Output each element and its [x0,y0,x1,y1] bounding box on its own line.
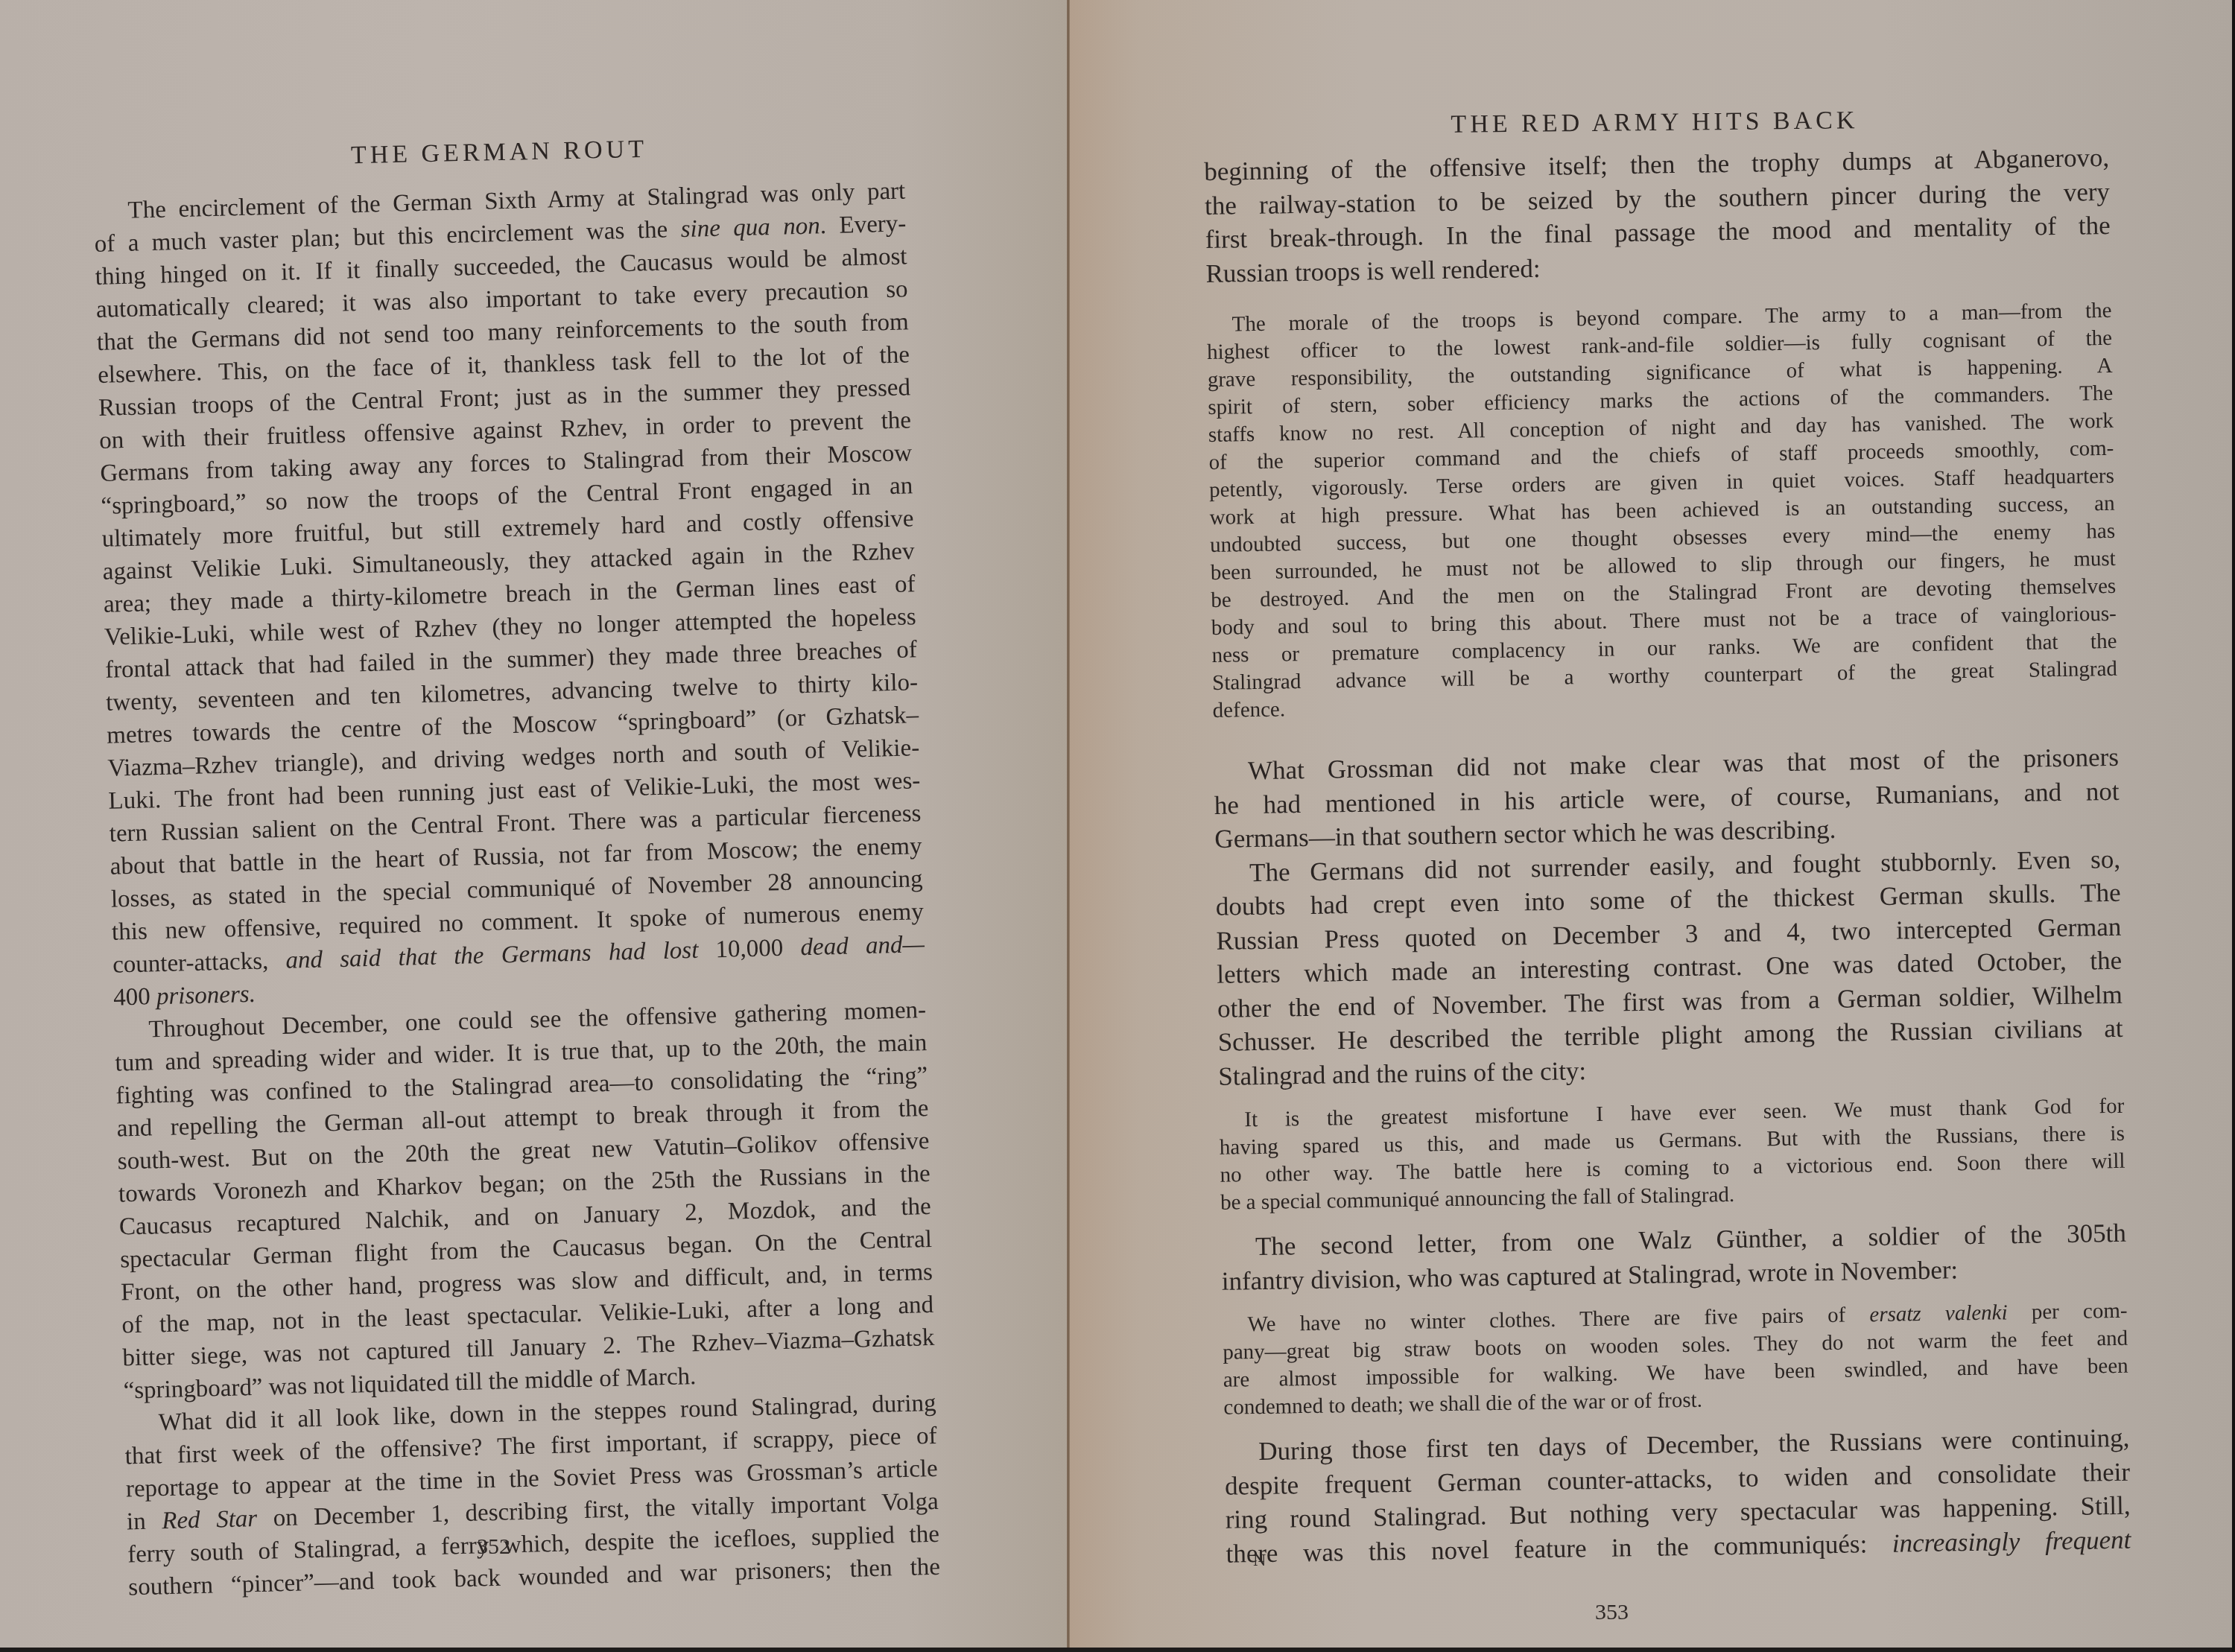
page-number-left: 352 [477,1534,510,1560]
block-quote-gunther-letter: We have no winter clothes. There are fiv… [1222,1297,2128,1422]
roman-text: defence. [1212,697,1285,722]
italic-text: ersatz valenki [1869,1300,2008,1327]
page-number-right: 353 [1595,1600,1629,1625]
italic-text: dead and— [800,931,925,961]
intro-paragraph: beginning of the offensive itself; then … [1204,141,2111,290]
italic-text: Red Star [162,1505,258,1534]
roman-text: Russian troops is well rendered: [1205,253,1541,287]
photo-edge-right [2232,0,2235,1652]
italic-text: prisoners. [156,981,256,1010]
roman-text: condemned to death; we shall die of the … [1223,1388,1702,1420]
paragraph-first-ten-days: During those first ten days of December,… [1224,1421,2131,1571]
running-head-left: THE GERMAN ROUT [93,130,906,176]
block-quote-schusser-letter: It is the greatest misfortune I have eve… [1219,1093,2125,1217]
roman-text: Stalingrad and the ruins of the city: [1218,1056,1586,1091]
photo-edge-bottom [0,1648,2235,1652]
paragraph-grossman-prisoners: What Grossman did not make clear was tha… [1214,740,2124,1093]
right-page: THE RED ARMY HITS BACK beginning of the … [1070,0,2232,1648]
roman-text: be a special communiqué announcing the f… [1220,1183,1735,1215]
right-page-body: beginning of the offensive itself; then … [1204,141,2131,1571]
block-quote-grossman: The morale of the troops is beyond compa… [1206,297,2118,725]
roman-text: 10,000 [698,934,801,963]
roman-text: in [127,1508,162,1535]
left-page: THE GERMAN ROUT The encirclement of the … [0,0,1068,1648]
printer-signature-mark: N [1253,1551,1266,1571]
roman-text: counter-attacks, [112,947,286,979]
italic-text: increasingly frequent [1892,1525,2131,1557]
book-spread: THE GERMAN ROUT The encirclement of the … [0,0,2232,1648]
roman-text: 400 [113,983,157,1011]
left-page-body: The encirclement of the German Sixth Arm… [93,174,941,1604]
roman-text: per com- [2007,1299,2127,1325]
italic-text: sine qua non [680,212,820,243]
roman-text: . Every- [819,210,906,239]
running-head-right: THE RED ARMY HITS BACK [1204,104,2105,142]
